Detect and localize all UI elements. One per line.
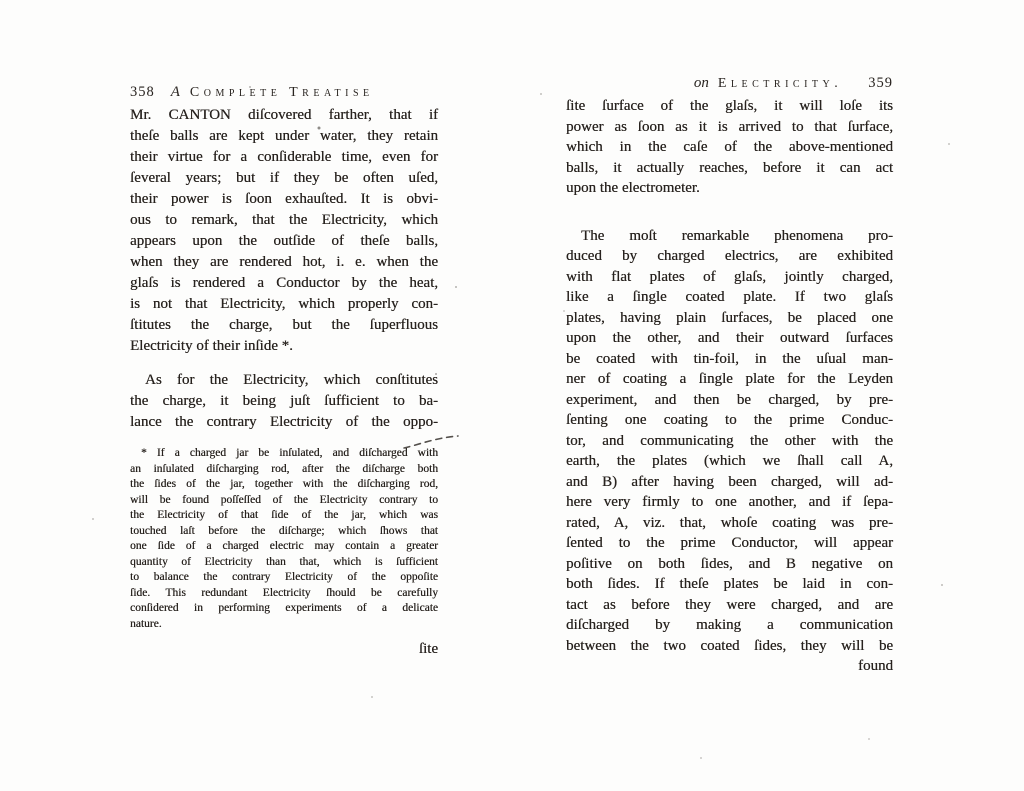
text-line: will be found poſſeſſed of the Electrici…: [130, 493, 438, 509]
text-line: appears upon the outſide of theſe balls,: [130, 231, 438, 252]
text-line: poſitive on both ſides, and B negative o…: [566, 554, 893, 575]
text-line: conſidered in performing experiments of …: [130, 601, 438, 617]
right-running-header: on Electricity. 359: [566, 75, 893, 95]
text-line: their virtue for a conſiderable time, ev…: [130, 147, 438, 168]
text-line: tor, and communicating the other with th…: [566, 431, 893, 452]
text-line: quantity of Electricity than that, which…: [130, 555, 438, 571]
right-header-pretitle: on: [694, 75, 709, 92]
text-line: power as ſoon as it is arrived to that ſ…: [566, 117, 893, 138]
text-line: plates, having plain ſurfaces, be placed…: [566, 308, 893, 329]
text-line: ner of coating a ſingle plate for the Le…: [566, 369, 893, 390]
left-paragraph-2: As for the Electricity, which conſtitute…: [130, 370, 438, 433]
text-line: both ſides. If theſe plates be laid in c…: [566, 574, 893, 595]
text-line: the ſides of the jar, together with the …: [130, 477, 438, 493]
text-line: with flat plates of glaſs, jointly charg…: [566, 267, 893, 288]
left-header-pretitle: A: [171, 84, 180, 101]
text-line: ous to remark, that the Electricity, whi…: [130, 210, 438, 231]
right-catchword: found: [566, 658, 893, 675]
right-paragraph-2: The moſt remarkable phenomena pro-duced …: [566, 226, 893, 657]
text-line: rated, A, viz. that, whoſe coating was p…: [566, 513, 893, 534]
right-page-number: 359: [868, 75, 893, 92]
text-line: glaſs is rendered a Conductor by the hea…: [130, 273, 438, 294]
text-line: Mr. CANTON diſcovered farther, that if: [130, 105, 438, 126]
text-line: ſenting one coating to the prime Conduc-: [566, 410, 893, 431]
text-line: an inſulated diſcharging rod, after the …: [130, 462, 438, 478]
text-line: tact as before they were charged, and ar…: [566, 595, 893, 616]
left-page-number: 358: [130, 84, 155, 101]
text-line: like a ſingle coated plate. If two glaſs: [566, 287, 893, 308]
text-line: one ſide of a charged electric may conta…: [130, 539, 438, 555]
text-line: is not that Electricity, which properly …: [130, 294, 438, 315]
text-line: ſented to the prime Conductor, will appe…: [566, 533, 893, 554]
text-line: experiment, and then be charged, by pre-: [566, 390, 893, 411]
text-line: when they are rendered hot, i. e. when t…: [130, 252, 438, 273]
text-line: balls, it actually reaches, before it ca…: [566, 158, 893, 179]
text-line: earth, the plates (which we ſhall call A…: [566, 451, 893, 472]
text-line: the Electricity of that ſide of the jar,…: [130, 508, 438, 524]
text-line: ſide. This redundant Electricity ſhould …: [130, 586, 438, 602]
scan-specks: [0, 0, 2, 2]
text-line: lance the contrary Electricity of the op…: [130, 412, 438, 433]
text-line: ſeveral years; but if they be often uſed…: [130, 168, 438, 189]
text-line: The moſt remarkable phenomena pro-: [566, 226, 893, 247]
right-page: on Electricity. 359 ſite ſurface of the …: [566, 75, 893, 675]
text-line: between the two coated ſides, they will …: [566, 636, 893, 657]
right-paragraph-1: ſite ſurface of the glaſs, it will loſe …: [566, 96, 893, 199]
text-line: * If a charged jar be inſulated, and diſ…: [130, 446, 438, 462]
text-line: upon the other, and their outward ſurfac…: [566, 328, 893, 349]
text-line: touched laſt before the diſcharge; which…: [130, 524, 438, 540]
left-catchword: ſite: [130, 641, 438, 658]
book-scan-spread: 358 A Complete Treatise Mr. CANTON diſco…: [0, 0, 1024, 791]
text-line: nature.: [130, 617, 438, 633]
left-page: 358 A Complete Treatise Mr. CANTON diſco…: [130, 84, 438, 658]
text-line: and B) after having been charged, will a…: [566, 472, 893, 493]
text-line: which in the caſe of the above-mentioned: [566, 137, 893, 158]
text-line: diſcharged by making a communication: [566, 615, 893, 636]
text-line: upon the electrometer.: [566, 178, 893, 199]
text-line: their power is ſoon exhauſted. It is obv…: [130, 189, 438, 210]
text-line: ſtitutes the charge, but the ſuperfluous: [130, 315, 438, 336]
text-line: to balance the contrary Electricity of t…: [130, 570, 438, 586]
right-header-title: Electricity.: [718, 76, 842, 92]
text-line: theſe balls are kept under water, they r…: [130, 126, 438, 147]
left-running-header: 358 A Complete Treatise: [130, 84, 438, 104]
text-line: Electricity of their inſide *.: [130, 336, 438, 357]
text-line: here very firmly to one another, and if …: [566, 492, 893, 513]
text-line: duced by charged electrics, are exhibite…: [566, 246, 893, 267]
left-paragraph-1: Mr. CANTON diſcovered farther, that ifth…: [130, 105, 438, 357]
left-header-title: Complete Treatise: [190, 85, 374, 101]
text-line: ſite ſurface of the glaſs, it will loſe …: [566, 96, 893, 117]
left-footnote: * If a charged jar be inſulated, and diſ…: [130, 446, 438, 632]
text-line: be coated with tin-foil, in the uſual ma…: [566, 349, 893, 370]
text-line: As for the Electricity, which conſtitute…: [130, 370, 438, 391]
text-line: the charge, it being juſt ſufficient to …: [130, 391, 438, 412]
